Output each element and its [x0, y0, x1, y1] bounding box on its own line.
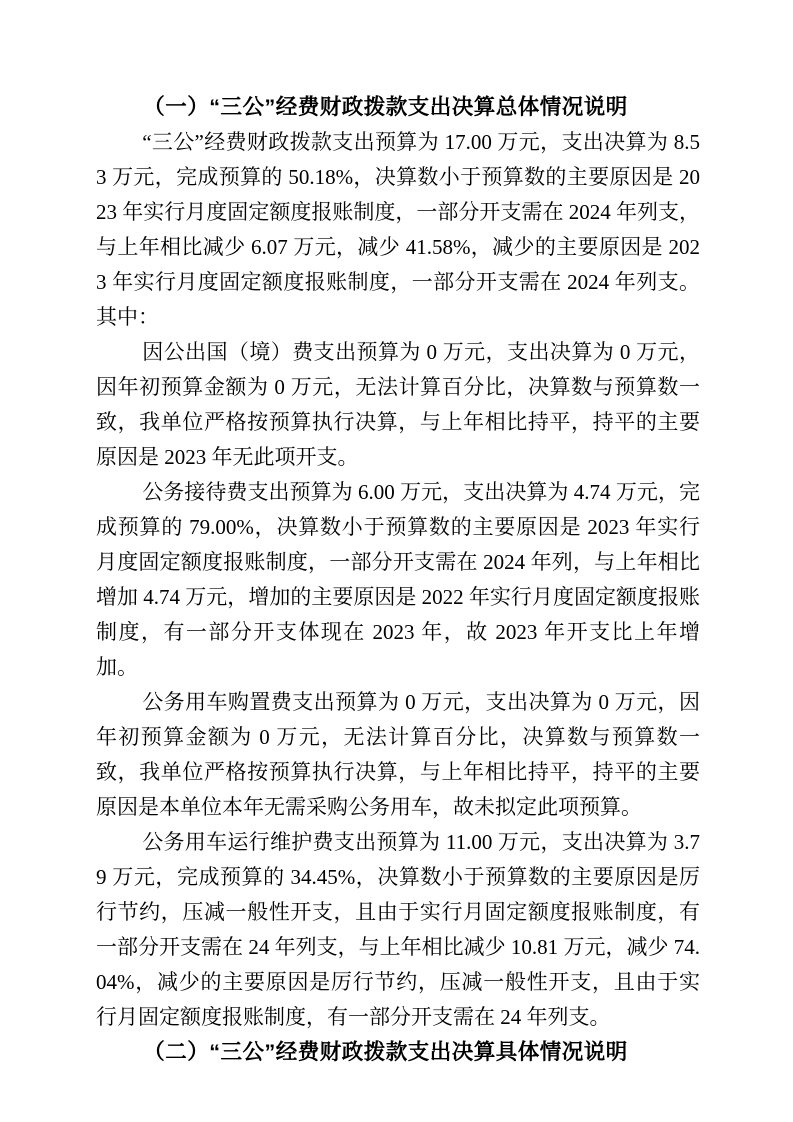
paragraph-vehicle-operation: 公务用车运行维护费支出预算为 11.00 万元，支出决算为 3.79 万元，完成… — [96, 825, 700, 1035]
paragraph-overseas-travel: 因公出国（境）费支出预算为 0 万元，支出决算为 0 万元，因年初预算金额为 0… — [96, 335, 700, 475]
paragraph-overall-summary: “三公”经费财政拨款支出预算为 17.00 万元，支出决算为 8.53 万元，完… — [96, 125, 700, 335]
paragraph-vehicle-purchase: 公务用车购置费支出预算为 0 万元，支出决算为 0 万元，因年初预算金额为 0 … — [96, 685, 700, 825]
section-heading-specific: （二）“三公”经费财政拨款支出决算具体情况说明 — [96, 1035, 700, 1070]
section-heading-overall: （一）“三公”经费财政拨款支出决算总体情况说明 — [96, 90, 700, 125]
paragraph-official-reception: 公务接待费支出预算为 6.00 万元，支出决算为 4.74 万元，完成预算的 7… — [96, 475, 700, 685]
document-body: （一）“三公”经费财政拨款支出决算总体情况说明 “三公”经费财政拨款支出预算为 … — [96, 90, 700, 1070]
document-page: （一）“三公”经费财政拨款支出决算总体情况说明 “三公”经费财政拨款支出预算为 … — [0, 0, 793, 1122]
